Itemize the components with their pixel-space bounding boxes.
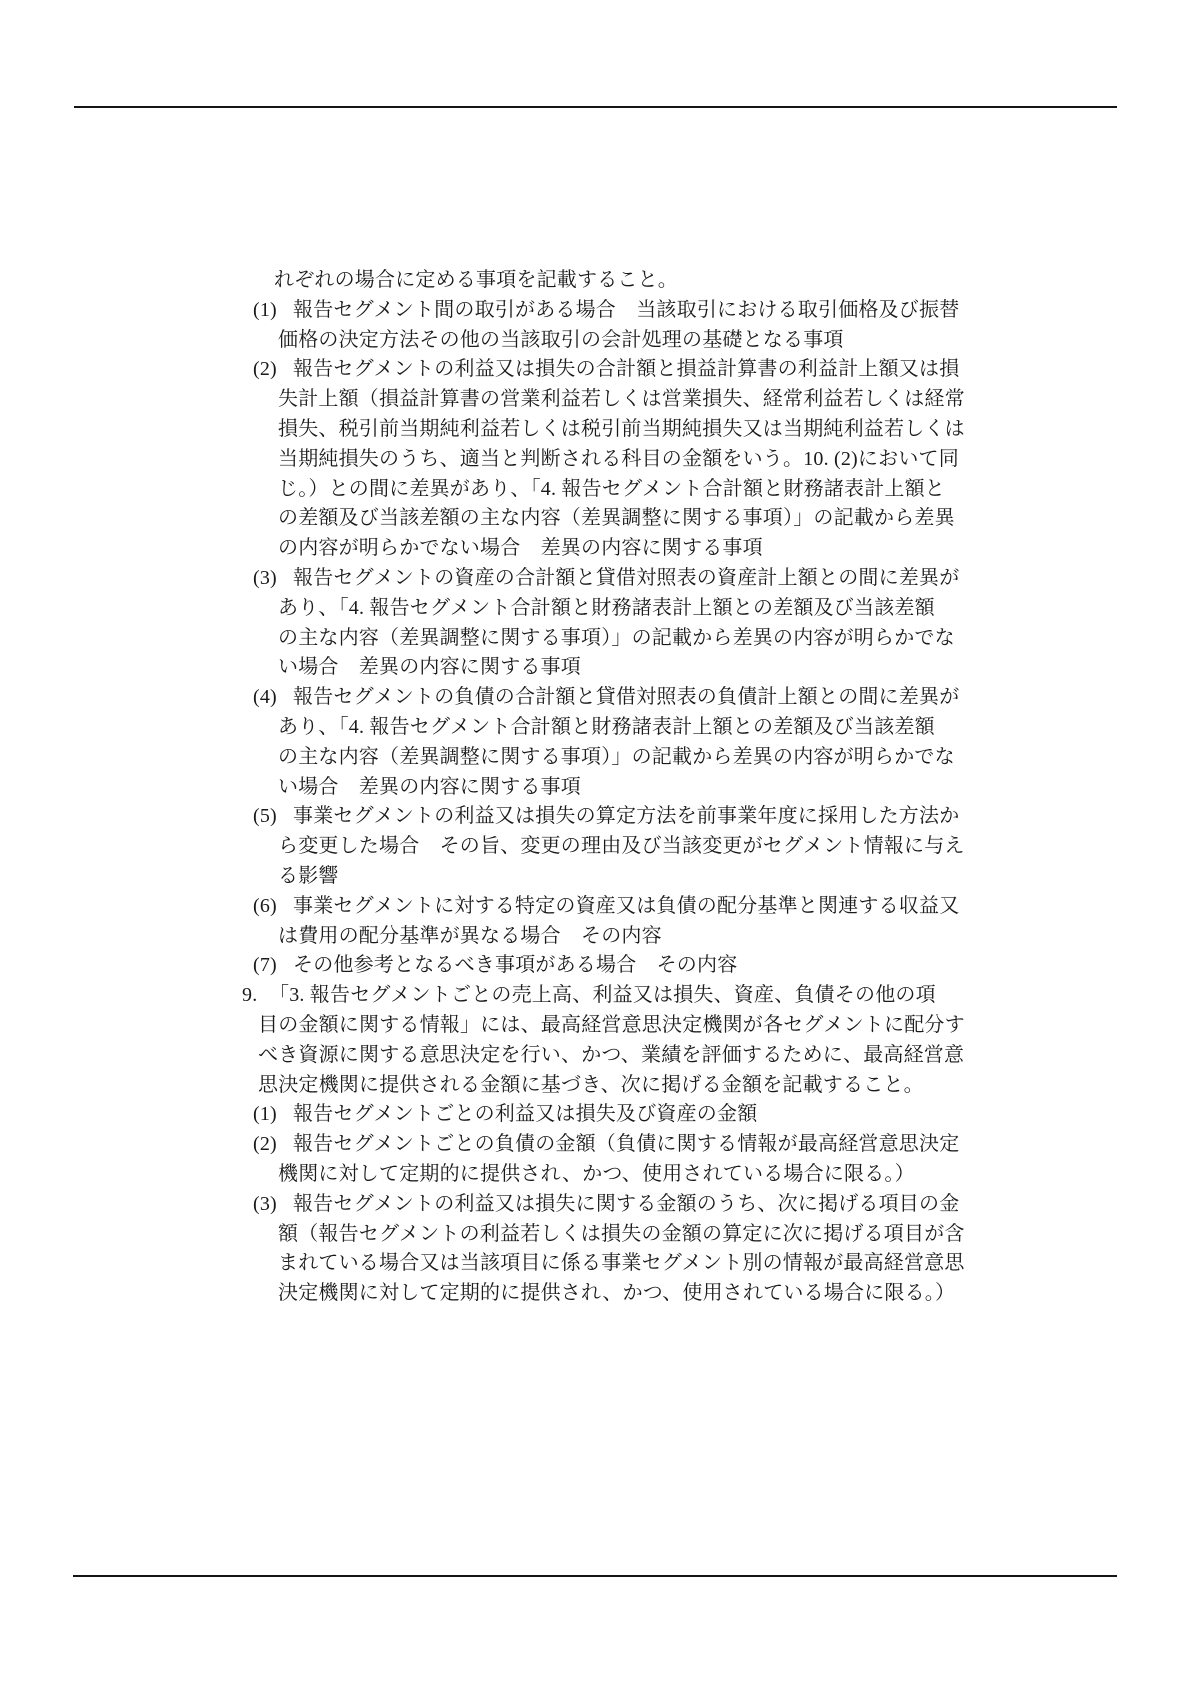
line-text: 当期純損失のうち、適当と判断される科目の金額をいう。10. (2)において同 bbox=[278, 448, 959, 470]
line-text: まれている場合又は当該項目に係る事業セグメント別の情報が最高経営意思 bbox=[278, 1252, 965, 1274]
text-line: じ。）との間に差異があり、「4. 報告セグメント合計額と財務諸表計上額と bbox=[240, 475, 1020, 505]
item-number: (1) bbox=[253, 1100, 293, 1130]
item-number: (4) bbox=[253, 683, 293, 713]
text-line: 価格の決定方法その他の当該取引の会計処理の基礎となる事項 bbox=[240, 326, 1020, 356]
text-line: 損失、税引前当期純利益若しくは税引前当期純損失又は当期純利益若しくは bbox=[240, 415, 1020, 445]
text-line: あり、「4. 報告セグメント合計額と財務諸表計上額との差額及び当該差額 bbox=[240, 713, 1020, 743]
line-text: 失計上額（損益計算書の営業利益若しくは営業損失、経常利益若しくは経常 bbox=[278, 388, 965, 410]
line-text: る影響 bbox=[278, 865, 339, 887]
section-number: 9. bbox=[242, 981, 269, 1011]
text-line: ら変更した場合 その旨、変更の理由及び当該変更がセグメント情報に与え bbox=[240, 832, 1020, 862]
line-text: は費用の配分基準が異なる場合 その内容 bbox=[278, 925, 662, 947]
item-number: (2) bbox=[253, 355, 293, 385]
line-text: あり、「4. 報告セグメント合計額と財務諸表計上額との差額及び当該差額 bbox=[278, 716, 935, 738]
list-item: (3)報告セグメントの資産の合計額と貸借対照表の資産計上額との間に差異が bbox=[240, 564, 1020, 594]
list-item: (5)事業セグメントの利益又は損失の算定方法を前事業年度に採用した方法か bbox=[240, 802, 1020, 832]
text-line: る影響 bbox=[240, 862, 1020, 892]
text-line: べき資源に関する意思決定を行い、かつ、業績を評価するために、最高経営意 bbox=[240, 1041, 1020, 1071]
item-number: (7) bbox=[253, 951, 293, 981]
text-line: の内容が明らかでない場合 差異の内容に関する事項 bbox=[240, 534, 1020, 564]
list-item: (3)報告セグメントの利益又は損失に関する金額のうち、次に掲げる項目の金 bbox=[240, 1190, 1020, 1220]
line-text: じ。）との間に差異があり、「4. 報告セグメント合計額と財務諸表計上額と bbox=[278, 478, 945, 500]
text-line: の主な内容（差異調整に関する事項）」の記載から差異の内容が明らかでな bbox=[240, 743, 1020, 773]
line-text: 報告セグメントの負債の合計額と貸借対照表の負債計上額との間に差異が bbox=[293, 686, 959, 708]
text-line: の主な内容（差異調整に関する事項）」の記載から差異の内容が明らかでな bbox=[240, 624, 1020, 654]
list-item: (1)報告セグメント間の取引がある場合 当該取引における取引価格及び振替 bbox=[240, 296, 1020, 326]
line-text: の主な内容（差異調整に関する事項）」の記載から差異の内容が明らかでな bbox=[278, 627, 955, 649]
line-text: 事業セグメントの利益又は損失の算定方法を前事業年度に採用した方法か bbox=[293, 805, 959, 827]
item-number: (3) bbox=[253, 1190, 293, 1220]
line-text: 決定機関に対して定期的に提供され、かつ、使用されている場合に限る。） bbox=[278, 1282, 955, 1304]
line-text: 額（報告セグメントの利益若しくは損失の金額の算定に次に掲げる項目が含 bbox=[278, 1223, 965, 1245]
footer-rule bbox=[73, 1575, 1117, 1577]
text-line: い場合 差異の内容に関する事項 bbox=[240, 773, 1020, 803]
text-line: あり、「4. 報告セグメント合計額と財務諸表計上額との差額及び当該差額 bbox=[240, 594, 1020, 624]
text-line: い場合 差異の内容に関する事項 bbox=[240, 653, 1020, 683]
line-text: 報告セグメントごとの利益又は損失及び資産の金額 bbox=[293, 1103, 757, 1125]
line-text: その他参考となるべき事項がある場合 その内容 bbox=[293, 954, 737, 976]
line-text: い場合 差異の内容に関する事項 bbox=[278, 656, 581, 678]
line-text: 報告セグメントの利益又は損失に関する金額のうち、次に掲げる項目の金 bbox=[293, 1193, 959, 1215]
line-text: の主な内容（差異調整に関する事項）」の記載から差異の内容が明らかでな bbox=[278, 746, 955, 768]
line-text: 事業セグメントに対する特定の資産又は負債の配分基準と関連する収益又 bbox=[293, 895, 959, 917]
list-item: (7)その他参考となるべき事項がある場合 その内容 bbox=[240, 951, 1020, 981]
text-line: れぞれの場合に定める事項を記載すること。 bbox=[240, 266, 1020, 296]
line-text: 報告セグメントの利益又は損失の合計額と損益計算書の利益計上額又は損 bbox=[293, 358, 959, 380]
text-line: 失計上額（損益計算書の営業利益若しくは営業損失、経常利益若しくは経常 bbox=[240, 385, 1020, 415]
line-text: 「3. 報告セグメントごとの売上高、利益又は損失、資産、負債その他の項 bbox=[269, 984, 936, 1006]
text-line: 目の金額に関する情報」には、最高経営意思決定機関が各セグメントに配分す bbox=[240, 1011, 1020, 1041]
line-text: の差額及び当該差額の主な内容（差異調整に関する事項）」の記載から差異 bbox=[278, 507, 955, 529]
line-text: の内容が明らかでない場合 差異の内容に関する事項 bbox=[278, 537, 763, 559]
item-number: (3) bbox=[253, 564, 293, 594]
text-line: 額（報告セグメントの利益若しくは損失の金額の算定に次に掲げる項目が含 bbox=[240, 1220, 1020, 1250]
line-text: 損失、税引前当期純利益若しくは税引前当期純損失又は当期純利益若しくは bbox=[278, 418, 965, 440]
section-heading: 9.「3. 報告セグメントごとの売上高、利益又は損失、資産、負債その他の項 bbox=[240, 981, 1020, 1011]
list-item: (1)報告セグメントごとの利益又は損失及び資産の金額 bbox=[240, 1100, 1020, 1130]
item-number: (6) bbox=[253, 892, 293, 922]
text-line: 決定機関に対して定期的に提供され、かつ、使用されている場合に限る。） bbox=[240, 1279, 1020, 1309]
text-line: は費用の配分基準が異なる場合 その内容 bbox=[240, 922, 1020, 952]
list-item: (2)報告セグメントの利益又は損失の合計額と損益計算書の利益計上額又は損 bbox=[240, 355, 1020, 385]
text-line: の差額及び当該差額の主な内容（差異調整に関する事項）」の記載から差異 bbox=[240, 504, 1020, 534]
text-line: まれている場合又は当該項目に係る事業セグメント別の情報が最高経営意思 bbox=[240, 1249, 1020, 1279]
line-text: 目の金額に関する情報」には、最高経営意思決定機関が各セグメントに配分す bbox=[258, 1014, 965, 1036]
line-text: 価格の決定方法その他の当該取引の会計処理の基礎となる事項 bbox=[278, 329, 844, 351]
text-line: 思決定機関に提供される金額に基づき、次に掲げる金額を記載すること。 bbox=[240, 1071, 1020, 1101]
line-text: 報告セグメントの資産の合計額と貸借対照表の資産計上額との間に差異が bbox=[293, 567, 959, 589]
list-item: (6)事業セグメントに対する特定の資産又は負債の配分基準と関連する収益又 bbox=[240, 892, 1020, 922]
document-body: れぞれの場合に定める事項を記載すること。 (1)報告セグメント間の取引がある場合… bbox=[240, 266, 1020, 1309]
text-line: 機関に対して定期的に提供され、かつ、使用されている場合に限る。） bbox=[240, 1160, 1020, 1190]
item-number: (2) bbox=[253, 1130, 293, 1160]
list-item: (4)報告セグメントの負債の合計額と貸借対照表の負債計上額との間に差異が bbox=[240, 683, 1020, 713]
line-text: あり、「4. 報告セグメント合計額と財務諸表計上額との差額及び当該差額 bbox=[278, 597, 935, 619]
text-line: 当期純損失のうち、適当と判断される科目の金額をいう。10. (2)において同 bbox=[240, 445, 1020, 475]
line-text: べき資源に関する意思決定を行い、かつ、業績を評価するために、最高経営意 bbox=[258, 1044, 964, 1066]
line-text: 報告セグメント間の取引がある場合 当該取引における取引価格及び振替 bbox=[293, 299, 959, 321]
line-text: い場合 差異の内容に関する事項 bbox=[278, 776, 581, 798]
item-number: (1) bbox=[253, 296, 293, 326]
line-text: 機関に対して定期的に提供され、かつ、使用されている場合に限る。） bbox=[278, 1163, 915, 1185]
line-text: ら変更した場合 その旨、変更の理由及び当該変更がセグメント情報に与え bbox=[278, 835, 965, 857]
line-text: 報告セグメントごとの負債の金額（負債に関する情報が最高経営意思決定 bbox=[293, 1133, 959, 1155]
item-number: (5) bbox=[253, 802, 293, 832]
list-item: (2)報告セグメントごとの負債の金額（負債に関する情報が最高経営意思決定 bbox=[240, 1130, 1020, 1160]
line-text: れぞれの場合に定める事項を記載すること。 bbox=[274, 269, 678, 291]
header-rule bbox=[74, 106, 1117, 108]
document-page: れぞれの場合に定める事項を記載すること。 (1)報告セグメント間の取引がある場合… bbox=[0, 0, 1192, 1685]
line-text: 思決定機関に提供される金額に基づき、次に掲げる金額を記載すること。 bbox=[258, 1074, 924, 1096]
